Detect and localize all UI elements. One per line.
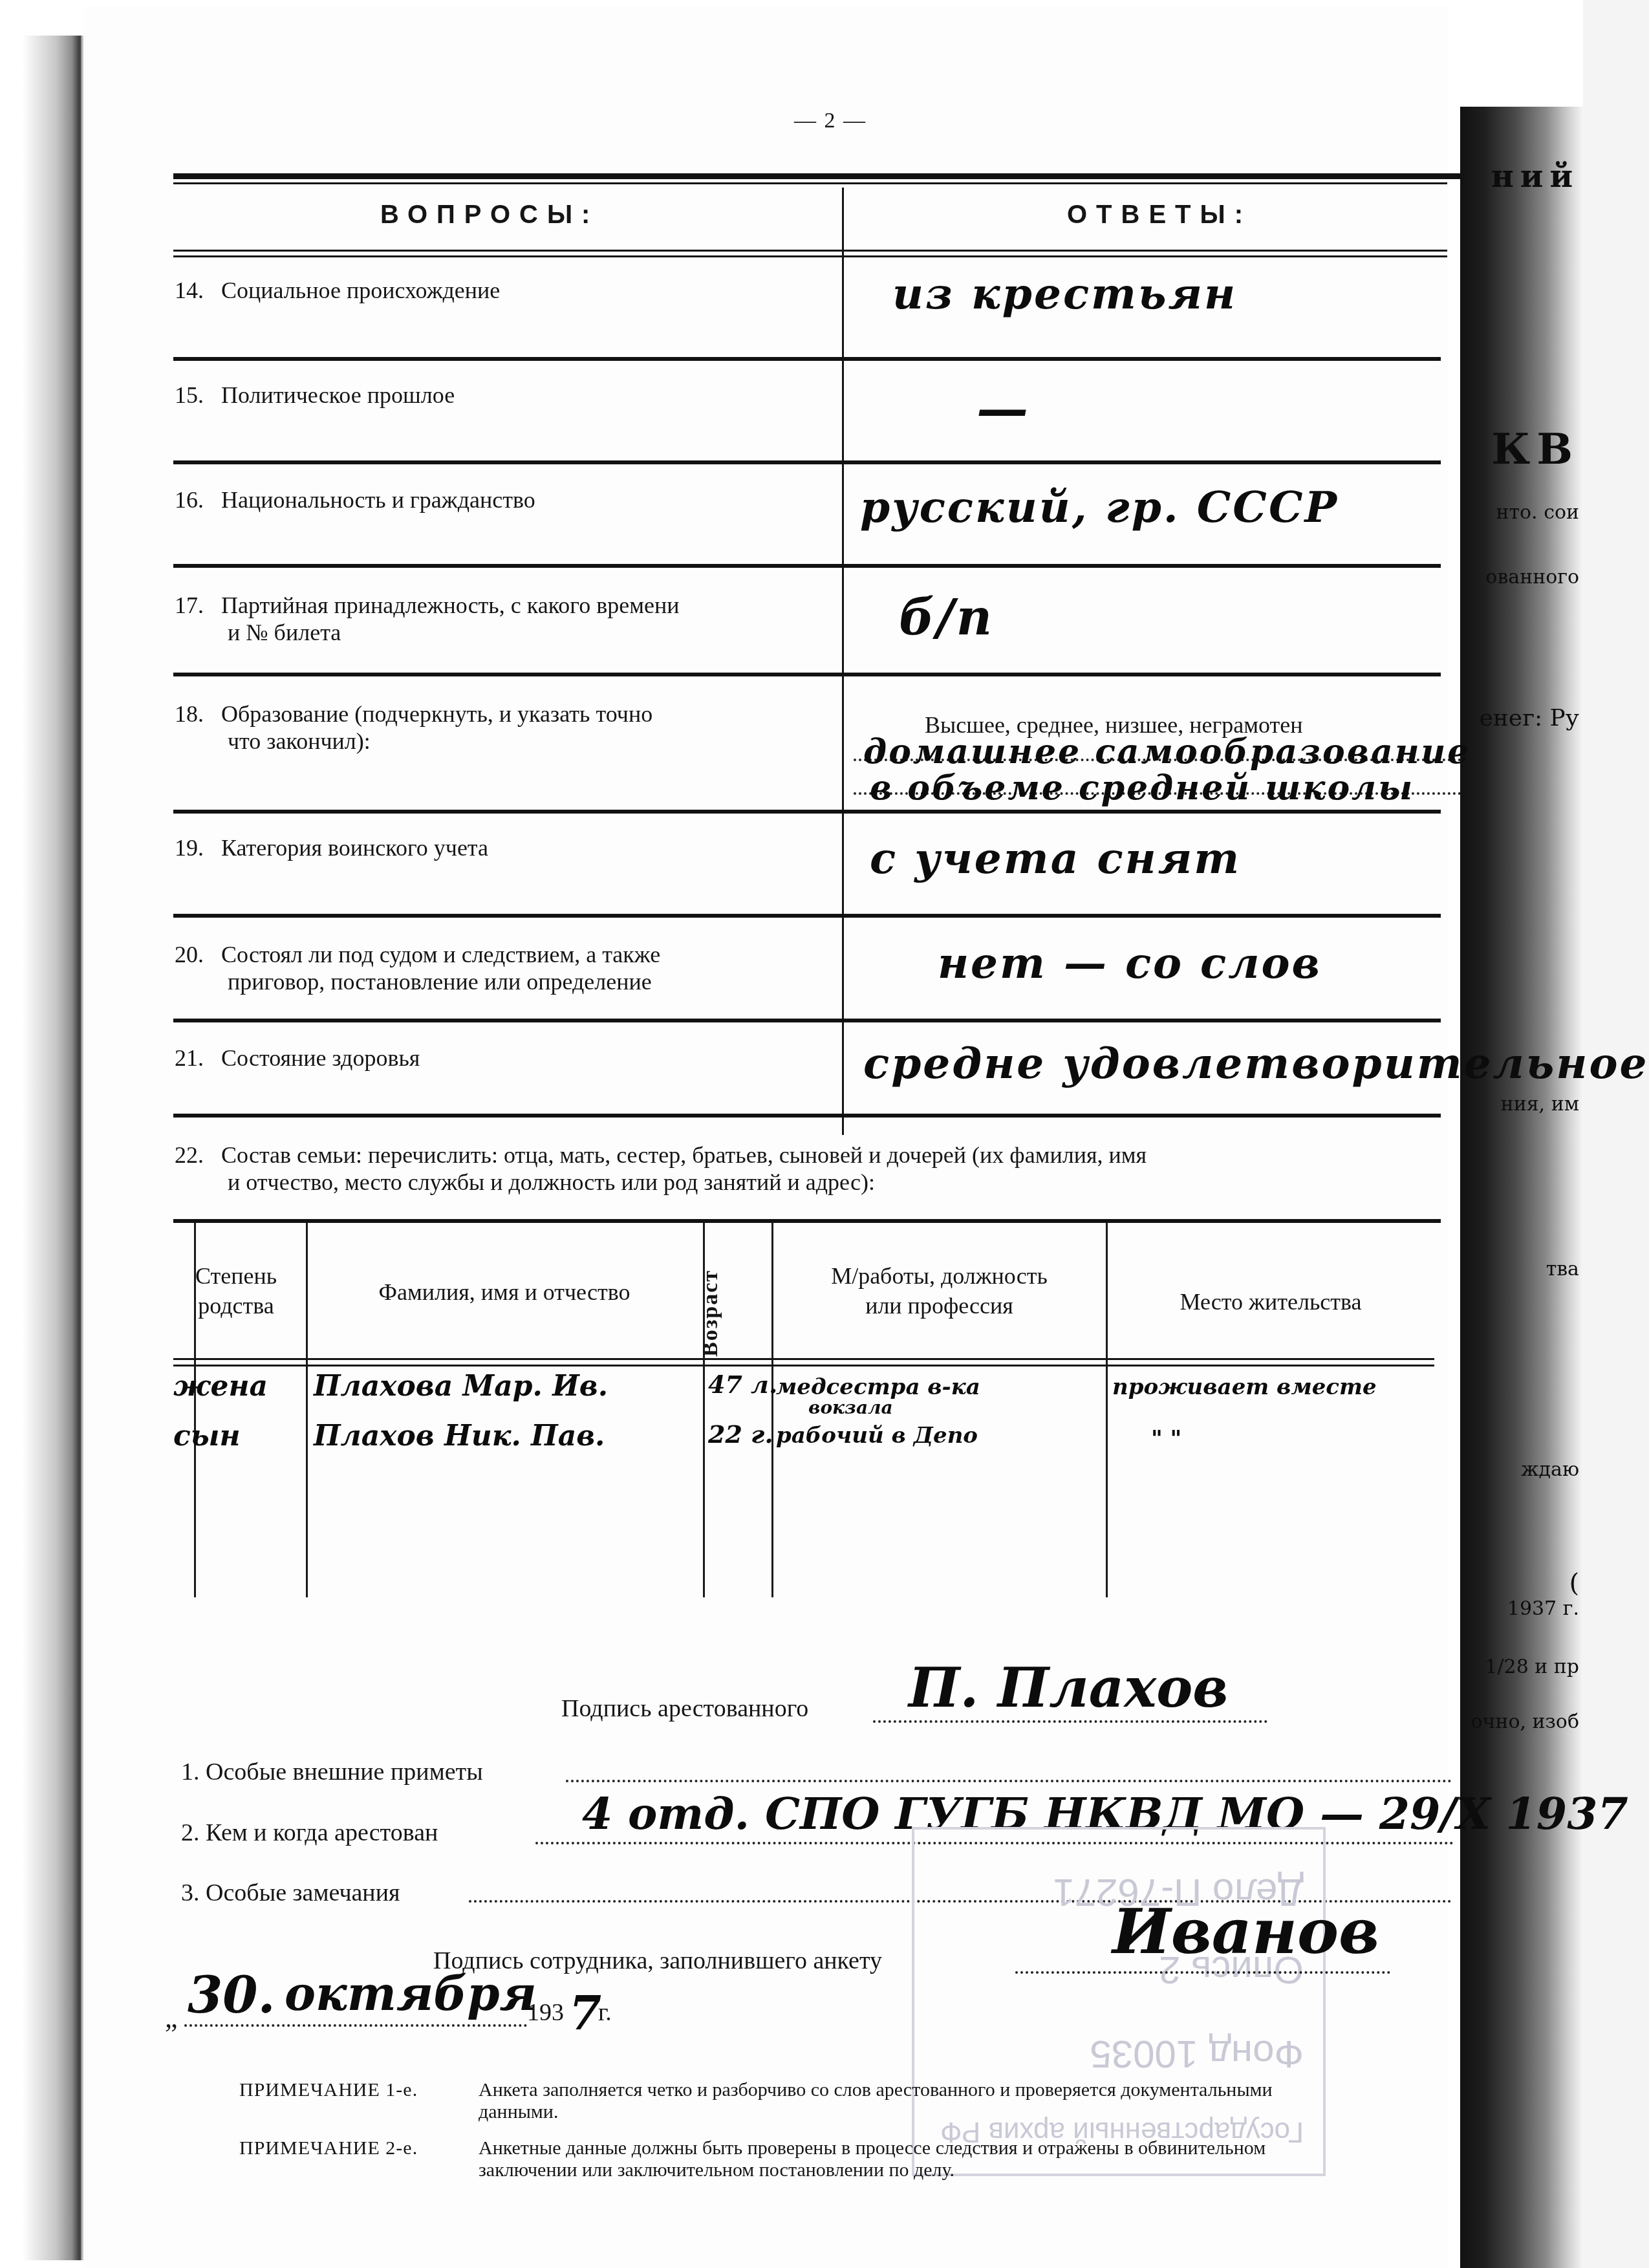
date-month: октября (285, 1966, 537, 2021)
table-column-line (306, 1222, 308, 1597)
family-row-1-relation: жена (173, 1370, 268, 1403)
family-row-1-work: медсестра в-ка (776, 1374, 980, 1400)
row-separator (173, 460, 1441, 464)
page-number: — 2 — (794, 109, 867, 133)
officer-signature: Иванов (1112, 1895, 1379, 1968)
question-22: 22.Состав семьи: перечислить: отца, мать… (175, 1141, 1461, 1196)
row-separator (173, 1019, 1441, 1022)
answers-heading: ОТВЕТЫ: (1067, 200, 1252, 230)
question-number: 21. (175, 1044, 221, 1072)
family-row-1-work-note: вокзала (808, 1397, 893, 1418)
answer-16-handwritten: русский, гр. СССР (860, 482, 1339, 532)
question-text-continued: и отчество, место службы и должность или… (175, 1169, 1461, 1196)
row-separator (173, 564, 1441, 568)
date-year-suffix: 7 (569, 1985, 601, 2040)
question-14: 14.Социальное происхождение (175, 277, 834, 304)
question-number: 22. (175, 1141, 221, 1169)
officer-signature-line (1015, 1971, 1390, 1974)
question-number: 19. (175, 834, 221, 861)
question-text: Категория воинского учета (221, 835, 488, 861)
question-number: 15. (175, 382, 221, 409)
column-header-text: или профессия (776, 1291, 1103, 1321)
family-row-1-name: Плахова Мар. Ив. (314, 1370, 608, 1403)
field-line-distinguishing-marks (566, 1780, 1452, 1782)
header-top-rule (173, 173, 1460, 179)
question-19: 19.Категория воинского учета (175, 834, 834, 861)
question-20: 20.Состоял ли под судом и следствием, а … (175, 941, 834, 995)
adjacent-text-fragment: 1/28 и пр (1485, 1656, 1579, 1678)
column-header-relation: Степень родства (168, 1261, 304, 1321)
adjacent-text-fragment: ованного (1485, 566, 1579, 589)
note-text-continued: данными. (479, 2101, 558, 2122)
header-bottom-rule-2 (173, 255, 1447, 257)
date-day: 30. (188, 1966, 275, 2025)
answer-21-handwritten: средне удовлетворительное (863, 1038, 1648, 1088)
date-open-quote: „ (165, 2002, 178, 2035)
note-2: ПРИМЕЧАНИЕ 2-е.Анкетные данные должны бы… (239, 2137, 1468, 2181)
question-number: 18. (175, 700, 221, 728)
family-row-2-age: 22 г. (708, 1420, 773, 1449)
question-text: Партийная принадлежность, с какого време… (221, 592, 679, 618)
adjacent-text-fragment: ждаю (1521, 1458, 1579, 1481)
answer-18-handwritten: домашнее самообразование (863, 732, 1471, 772)
note-1: ПРИМЕЧАНИЕ 1-е.Анкета заполняется четко … (239, 2079, 1468, 2123)
archive-stamp: Государственный архив РФ Фонд 10035 Опис… (912, 1827, 1326, 2176)
field-number: 3. (181, 1879, 200, 1906)
extra-field-2-label: 2. Кем и когда арестован (181, 1819, 438, 1847)
note-text-continued: заключении или заключительном постановле… (479, 2159, 954, 2181)
column-header-residence: Место жительства (1109, 1287, 1432, 1317)
date-year-unit: г. (598, 1998, 612, 2027)
question-text: Социальное происхождение (221, 277, 500, 303)
table-header-rule (173, 1358, 1434, 1360)
family-row-1-age: 47 л. (708, 1370, 777, 1399)
column-header-text: родства (168, 1291, 304, 1321)
question-17: 17.Партийная принадлежность, с какого вр… (175, 592, 834, 646)
header-bottom-rule (173, 250, 1447, 252)
answer-20-handwritten: нет — со слов (938, 938, 1322, 988)
header-top-rule-thin (173, 182, 1447, 184)
question-text-continued: приговор, постановление или определение (175, 968, 834, 995)
adjacent-text-fragment: тва (1546, 1258, 1579, 1280)
question-number: 17. (175, 592, 221, 619)
family-row-1-residence: проживает вместе (1112, 1374, 1377, 1400)
stamp-text: Фонд 10035 (1090, 2032, 1304, 2077)
signature-arrested: П. Плахов (909, 1656, 1228, 1720)
column-header-text: Степень (168, 1261, 304, 1291)
adjacent-text-fragment: енег: Ру (1480, 705, 1579, 731)
question-text: Политическое прошлое (221, 382, 455, 408)
question-18: 18.Образование (подчеркнуть, и указать т… (175, 700, 834, 755)
note-tag: ПРИМЕЧАНИЕ 2-е. (239, 2137, 479, 2159)
adjacent-text-fragment: ( (1569, 1568, 1579, 1598)
family-row-2-relation: сын (173, 1420, 241, 1453)
column-divider (842, 188, 844, 1135)
question-text: Образование (подчеркнуть, и указать точн… (221, 701, 652, 727)
signature-arrested-label: Подпись арестованного (561, 1694, 808, 1723)
row-separator (173, 914, 1441, 918)
family-row-2-work: рабочий в Депо (776, 1423, 978, 1449)
row-separator (173, 810, 1441, 814)
answer-19-handwritten: с учета снят (870, 833, 1241, 883)
adjacent-title-fragment: КВ (1491, 424, 1579, 474)
family-row-2-name: Плахов Ник. Пав. (314, 1420, 605, 1453)
question-text-continued: и № билета (175, 619, 834, 646)
table-column-line (1106, 1222, 1108, 1597)
question-number: 16. (175, 486, 221, 513)
field-number: 2. (181, 1819, 200, 1846)
answer-18-handwritten-line2: в объеме средней школы (870, 768, 1414, 808)
question-text-continued: что закончил): (175, 728, 834, 755)
column-header-text: М/работы, должность (776, 1261, 1103, 1291)
note-tag: ПРИМЕЧАНИЕ 1-е. (239, 2079, 479, 2101)
question-15: 15.Политическое прошлое (175, 382, 834, 409)
question-text: Состояние здоровья (221, 1045, 420, 1071)
scan-left-edge (23, 36, 84, 2260)
field-label: Кем и когда арестован (206, 1819, 438, 1846)
question-text: Состав семьи: перечислить: отца, мать, с… (221, 1142, 1147, 1168)
signature-line (873, 1720, 1267, 1723)
family-row-2-residence: " " (1151, 1426, 1181, 1452)
note-text: Анкета заполняется четко и разборчиво со… (479, 2079, 1273, 2101)
row-separator (173, 1219, 1441, 1223)
question-number: 20. (175, 941, 221, 968)
field-label: Особые внешние приметы (206, 1758, 483, 1786)
adjacent-text-fragment: 1937 г. (1507, 1597, 1579, 1620)
adjacent-text-fragment: нто. сои (1496, 501, 1579, 524)
adjacent-text-fragment: очно, изоб (1471, 1711, 1579, 1733)
question-number: 14. (175, 277, 221, 304)
row-separator (173, 1114, 1441, 1118)
answer-15-handwritten: — (976, 378, 1030, 439)
field-label: Особые замечания (206, 1879, 400, 1906)
row-separator (173, 673, 1441, 676)
adjacent-page-fragment: ний КВ нто. сои ованного енег: Ру ния, и… (1460, 107, 1583, 2268)
table-column-line (771, 1222, 773, 1597)
column-header-work: М/работы, должность или профессия (776, 1261, 1103, 1321)
adjacent-text-fragment: ний (1491, 158, 1579, 195)
field-number: 1. (181, 1758, 200, 1786)
adjacent-text-fragment: ния, им (1501, 1093, 1579, 1116)
column-header-name: Фамилия, имя и отчество (310, 1277, 698, 1307)
table-header-rule-2 (173, 1365, 1434, 1366)
row-separator (173, 357, 1441, 361)
answer-14-handwritten: из крестьян (892, 268, 1237, 319)
date-year-prefix: 193 (527, 1998, 564, 2027)
extra-field-1-label: 1. Особые внешние приметы (181, 1758, 483, 1786)
question-21: 21.Состояние здоровья (175, 1044, 834, 1072)
question-16: 16.Национальность и гражданство (175, 486, 834, 513)
questions-heading: ВОПРОСЫ: (380, 200, 599, 230)
note-text: Анкетные данные должны быть проверены в … (479, 2137, 1266, 2159)
answer-17-handwritten: б/п (899, 589, 994, 646)
question-text: Национальность и гражданство (221, 487, 535, 513)
question-text: Состоял ли под судом и следствием, а так… (221, 942, 660, 967)
extra-field-3-label: 3. Особые замечания (181, 1879, 400, 1907)
scan-right-margin (1583, 0, 1649, 2268)
